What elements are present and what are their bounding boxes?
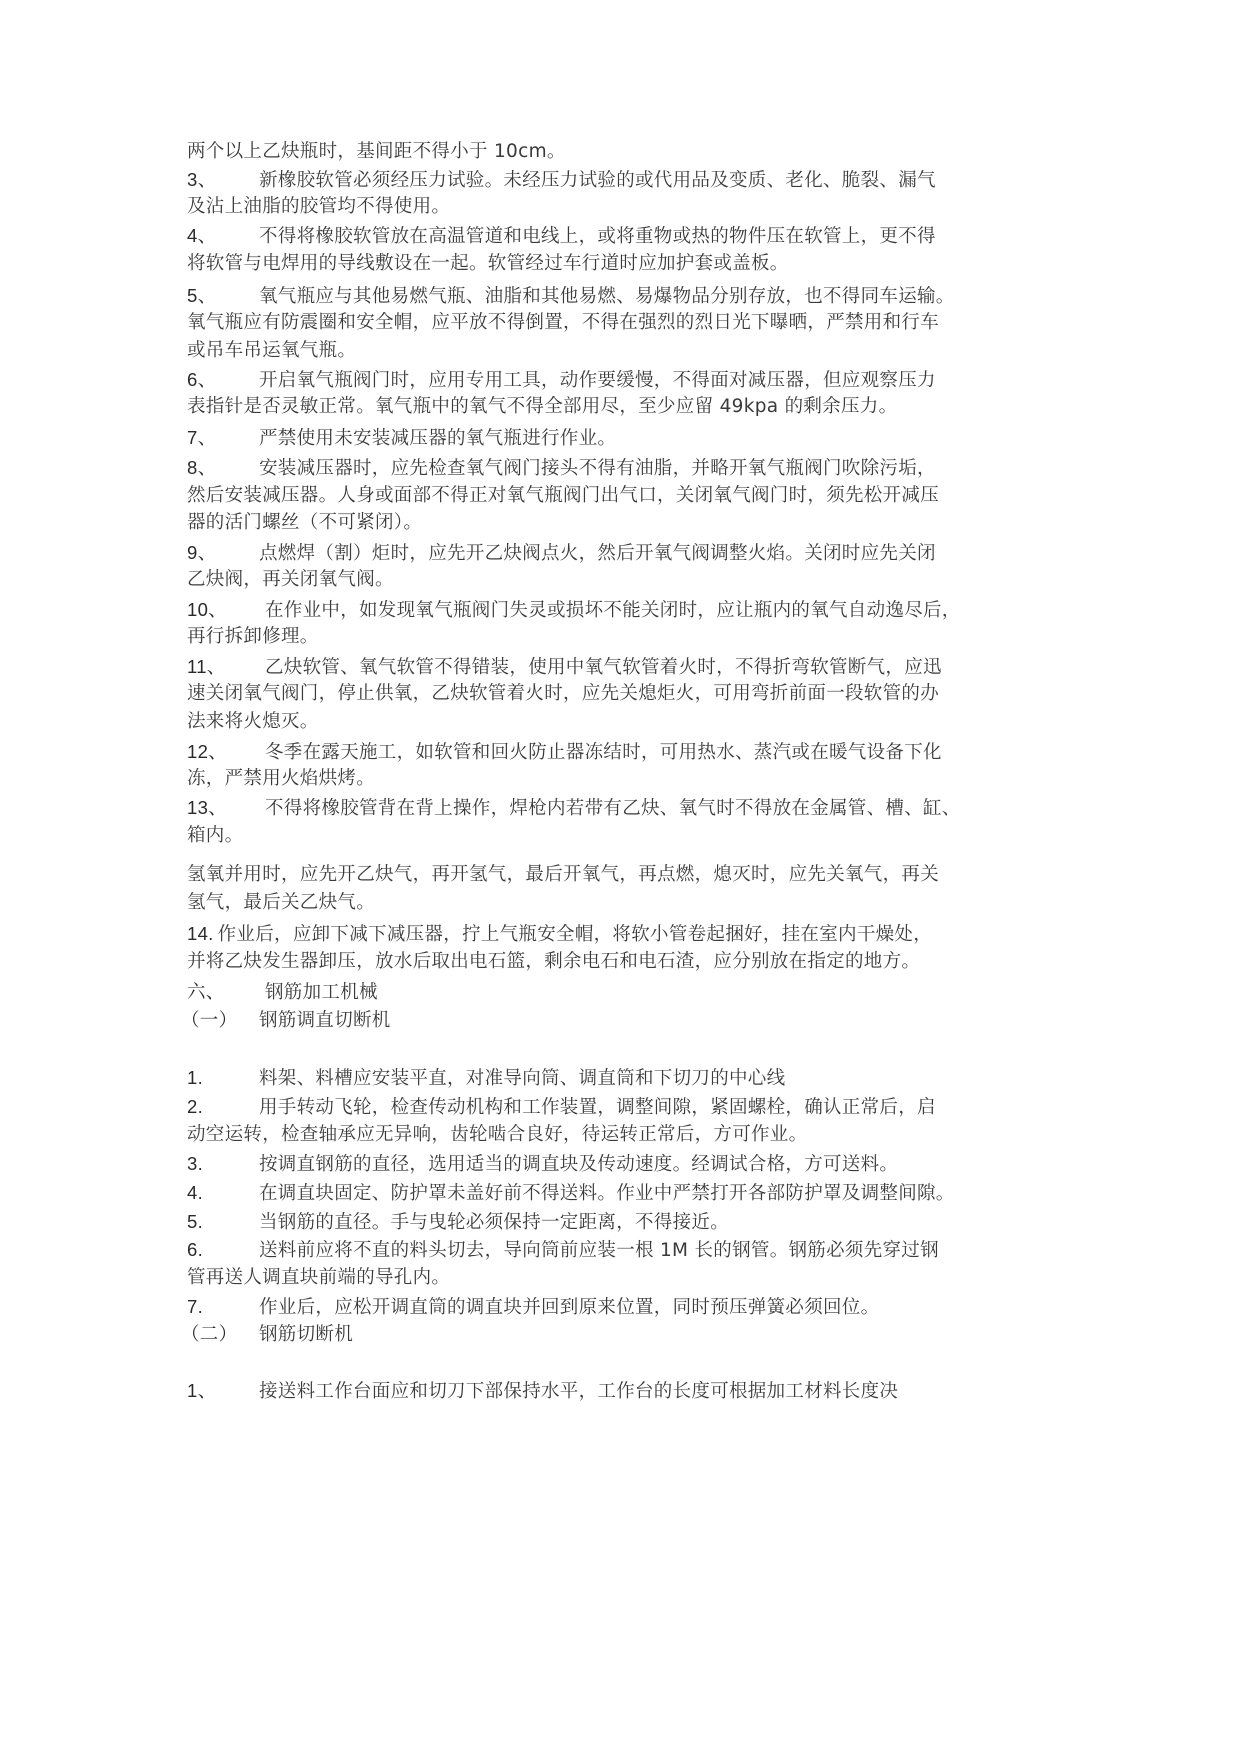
item-number: 10、 xyxy=(187,598,265,622)
item-number: 7. xyxy=(187,1295,259,1319)
line-text: 氧气瓶应有防震圈和安全帽，应平放不得倒置，不得在强烈的烈日光下曝晒，严禁用和行车 xyxy=(187,312,939,333)
item-number: 14. xyxy=(187,922,214,946)
text-line: 然后安装减压器。人身或面部不得正对氧气瓶阀门出气口，关闭氧气阀门时，须先松开减压 xyxy=(187,484,939,508)
text-line: 速关闭氧气阀门，停止供氧，乙炔软管着火时，应先关熄炬火，可用弯折前面一段软管的办 xyxy=(187,682,939,706)
item-number: （二） xyxy=(181,1322,259,1346)
text-line: 5、氧气瓶应与其他易燃气瓶、油脂和其他易燃、易爆物品分别存放，也不得同车运输。 xyxy=(187,284,955,309)
line-text: 钢筋调直切断机 xyxy=(259,1010,391,1031)
item-number: 5、 xyxy=(187,284,259,308)
item-number: 3、 xyxy=(187,168,259,192)
item-number: （一） xyxy=(181,1008,259,1032)
item-number: 9、 xyxy=(187,541,259,565)
text-line: 7、严禁使用未安装减压器的氧气瓶进行作业。 xyxy=(187,426,616,451)
text-line: 氧气瓶应有防震圈和安全帽，应平放不得倒置，不得在强烈的烈日光下曝晒，严禁用和行车 xyxy=(187,311,939,335)
line-text: 钢筋切断机 xyxy=(259,1324,353,1345)
item-number: 8、 xyxy=(187,456,259,480)
item-number: 4、 xyxy=(187,224,259,248)
line-text: 再行拆卸修理。 xyxy=(187,626,319,647)
line-text: 及沾上油脂的胶管均不得使用。 xyxy=(187,196,450,217)
item-number: 4. xyxy=(187,1181,259,1205)
item-number: 6、 xyxy=(187,368,259,392)
line-text: 管再送人调直块前端的导孔内。 xyxy=(187,1267,450,1288)
line-text: 将软管与电焊用的导线敷设在一起。软管经过车行道时应加护套或盖板。 xyxy=(187,253,789,274)
item-number: 5. xyxy=(187,1210,259,1234)
line-text: 开启氧气瓶阀门时，应用专用工具，动作要缓慢，不得面对减压器，但应观察压力 xyxy=(259,370,936,391)
line-text: 然后安装减压器。人身或面部不得正对氧气瓶阀门出气口，关闭氧气阀门时，须先松开减压 xyxy=(187,485,939,506)
document-page: 两个以上乙炔瓶时，基间距不得小于 10cm。3、新橡胶软管必须经压力试验。未经压… xyxy=(0,0,1241,1754)
line-text: 氢气，最后关乙炔气。 xyxy=(187,892,375,913)
line-text: 接送料工作台面应和切刀下部保持水平，工作台的长度可根据加工材料长度决 xyxy=(259,1381,898,1402)
item-number: 1. xyxy=(187,1066,259,1090)
line-text: 两个以上乙炔瓶时，基间距不得小于 10cm。 xyxy=(187,141,566,162)
text-line: 1、接送料工作台面应和切刀下部保持水平，工作台的长度可根据加工材料长度决 xyxy=(187,1379,898,1404)
line-text: 在作业中，如发现氧气瓶阀门失灵或损坏不能关闭时，应让瓶内的氧气自动逸尽后， xyxy=(265,600,961,621)
text-line: 冻，严禁用火焰烘烤。 xyxy=(187,767,375,791)
line-text: 氧气瓶应与其他易燃气瓶、油脂和其他易燃、易爆物品分别存放，也不得同车运输。 xyxy=(259,286,955,307)
line-text: 乙炔阀，再关闭氧气阀。 xyxy=(187,569,394,590)
text-line: 器的活门螺丝（不可紧闭）。 xyxy=(187,511,422,535)
line-text: 用手转动飞轮，检查传动机构和工作装置，调整间隙，紧固螺栓，确认正常后，启 xyxy=(259,1097,936,1118)
text-line: （二）钢筋切断机 xyxy=(181,1322,353,1347)
text-line: 箱内。 xyxy=(187,824,243,848)
text-line: 3.按调直钢筋的直径，选用适当的调直块及传动速度。经调试合格，方可送料。 xyxy=(187,1152,898,1177)
text-line: 法来将火熄灭。 xyxy=(187,710,319,734)
text-line: 将软管与电焊用的导线敷设在一起。软管经过车行道时应加护套或盖板。 xyxy=(187,252,789,276)
text-line: 5.当钢筋的直径。手与曳轮必须保持一定距离，不得接近。 xyxy=(187,1210,729,1235)
text-line: 3、新橡胶软管必须经压力试验。未经压力试验的或代用品及变质、老化、脆裂、漏气 xyxy=(187,168,936,193)
text-line: 两个以上乙炔瓶时，基间距不得小于 10cm。 xyxy=(187,140,566,164)
text-line: 6.送料前应将不直的料头切去，导向筒前应装一根 1M 长的钢管。钢筋必须先穿过钢 xyxy=(187,1238,939,1263)
line-text: 速关闭氧气阀门，停止供氧，乙炔软管着火时，应先关熄炬火，可用弯折前面一段软管的办 xyxy=(187,683,939,704)
text-line: 1.料架、料槽应安装平直，对准导向筒、调直筒和下切刀的中心线 xyxy=(187,1066,785,1091)
text-line: 11、乙炔软管、氧气软管不得错装，使用中氧气软管着火时，不得折弯软管断气，应迅 xyxy=(187,655,942,680)
text-line: 动空运转，检查轴承应无异响，齿轮啮合良好，待运转正常后，方可作业。 xyxy=(187,1123,807,1147)
text-line: 2.用手转动飞轮，检查传动机构和工作装置，调整间隙，紧固螺栓，确认正常后，启 xyxy=(187,1095,936,1120)
line-text: 冬季在露天施工，如软管和回火防止器冻结时，可用热水、蒸汽或在暖气设备下化 xyxy=(265,742,942,763)
text-line: 再行拆卸修理。 xyxy=(187,625,319,649)
line-text: 送料前应将不直的料头切去，导向筒前应装一根 1M 长的钢管。钢筋必须先穿过钢 xyxy=(259,1240,939,1261)
line-text: 不得将橡胶软管放在高温管道和电线上，或将重物或热的物件压在软管上，更不得 xyxy=(259,226,936,247)
text-line: 12、冬季在露天施工，如软管和回火防止器冻结时，可用热水、蒸汽或在暖气设备下化 xyxy=(187,740,942,765)
line-text: 动空运转，检查轴承应无异响，齿轮啮合良好，待运转正常后，方可作业。 xyxy=(187,1124,807,1145)
text-line: 4.在调直块固定、防护罩未盖好前不得送料。作业中严禁打开各部防护罩及调整间隙。 xyxy=(187,1181,955,1206)
line-text: 器的活门螺丝（不可紧闭）。 xyxy=(187,512,422,533)
line-text: 作业后，应松开调直筒的调直块并回到原来位置，同时预压弹簧必须回位。 xyxy=(259,1297,879,1318)
text-line: 13、不得将橡胶管背在背上操作，焊枪内若带有乙炔、氧气时不得放在金属管、槽、缸、 xyxy=(187,796,961,821)
item-number: 11、 xyxy=(187,655,265,679)
line-text: 不得将橡胶管背在背上操作，焊枪内若带有乙炔、氧气时不得放在金属管、槽、缸、 xyxy=(265,798,961,819)
line-text: 乙炔软管、氧气软管不得错装，使用中氧气软管着火时，不得折弯软管断气，应迅 xyxy=(265,657,942,678)
text-line: 乙炔阀，再关闭氧气阀。 xyxy=(187,568,394,592)
line-text: 料架、料槽应安装平直，对准导向筒、调直筒和下切刀的中心线 xyxy=(259,1068,785,1089)
text-line: 10、在作业中，如发现氧气瓶阀门失灵或损坏不能关闭时，应让瓶内的氧气自动逸尽后， xyxy=(187,598,961,623)
text-line: 9、点燃焊（割）炬时，应先开乙炔阀点火，然后开氧气阀调整火焰。关闭时应先关闭 xyxy=(187,541,936,566)
line-text: 并将乙炔发生器卸压，放水后取出电石篮，剩余电石和电石渣，应分别放在指定的地方。 xyxy=(187,951,920,972)
line-text: 在调直块固定、防护罩未盖好前不得送料。作业中严禁打开各部防护罩及调整间隙。 xyxy=(259,1183,955,1204)
line-text: 冻，严禁用火焰烘烤。 xyxy=(187,768,375,789)
line-text: 按调直钢筋的直径，选用适当的调直块及传动速度。经调试合格，方可送料。 xyxy=(259,1154,898,1175)
text-line: 并将乙炔发生器卸压，放水后取出电石篮，剩余电石和电石渣，应分别放在指定的地方。 xyxy=(187,950,920,974)
item-number: 12、 xyxy=(187,740,265,764)
item-number: 3. xyxy=(187,1152,259,1176)
line-text: 作业后，应卸下减下减压器，拧上气瓶安全帽，将软小管卷起捆好，挂在室内干燥处， xyxy=(218,924,932,945)
line-text: 或吊车吊运氧气瓶。 xyxy=(187,340,356,361)
line-text: 严禁使用未安装减压器的氧气瓶进行作业。 xyxy=(259,428,616,449)
text-line: （一）钢筋调直切断机 xyxy=(181,1008,391,1033)
line-text: 安装减压器时，应先检查氧气阀门接头不得有油脂，并略开氧气瓶阀门吹除污垢， xyxy=(259,458,936,479)
line-text: 表指针是否灵敏正常。氧气瓶中的氧气不得全部用尽，至少应留 49kpa 的剩余压力… xyxy=(187,396,897,417)
text-line: 或吊车吊运氧气瓶。 xyxy=(187,339,356,363)
line-text: 新橡胶软管必须经压力试验。未经压力试验的或代用品及变质、老化、脆裂、漏气 xyxy=(259,170,936,191)
text-line: 氢气，最后关乙炔气。 xyxy=(187,891,375,915)
line-text: 法来将火熄灭。 xyxy=(187,711,319,732)
text-line: 管再送人调直块前端的导孔内。 xyxy=(187,1266,450,1290)
item-number: 7、 xyxy=(187,426,259,450)
line-text: 箱内。 xyxy=(187,825,243,846)
line-text: 氢氧并用时，应先开乙炔气，再开氢气，最后开氧气，再点燃，熄灭时，应先关氧气，再关 xyxy=(187,864,939,885)
text-line: 14.作业后，应卸下减下减压器，拧上气瓶安全帽，将软小管卷起捆好，挂在室内干燥处… xyxy=(187,922,932,947)
item-number: 6. xyxy=(187,1238,259,1262)
line-text: 点燃焊（割）炬时，应先开乙炔阀点火，然后开氧气阀调整火焰。关闭时应先关闭 xyxy=(259,543,936,564)
text-line: 表指针是否灵敏正常。氧气瓶中的氧气不得全部用尽，至少应留 49kpa 的剩余压力… xyxy=(187,395,897,419)
line-text: 当钢筋的直径。手与曳轮必须保持一定距离，不得接近。 xyxy=(259,1212,729,1233)
text-line: 7.作业后，应松开调直筒的调直块并回到原来位置，同时预压弹簧必须回位。 xyxy=(187,1295,879,1320)
text-line: 氢氧并用时，应先开乙炔气，再开氢气，最后开氧气，再点燃，熄灭时，应先关氧气，再关 xyxy=(187,863,939,887)
item-number: 六、 xyxy=(187,980,265,1004)
item-number: 13、 xyxy=(187,796,265,820)
text-line: 6、开启氧气瓶阀门时，应用专用工具，动作要缓慢，不得面对减压器，但应观察压力 xyxy=(187,368,936,393)
text-line: 及沾上油脂的胶管均不得使用。 xyxy=(187,195,450,219)
item-number: 1、 xyxy=(187,1379,259,1403)
item-number: 2. xyxy=(187,1095,259,1119)
text-line: 六、钢筋加工机械 xyxy=(187,980,378,1005)
line-text: 钢筋加工机械 xyxy=(265,982,378,1003)
text-line: 8、安装减压器时，应先检查氧气阀门接头不得有油脂，并略开氧气瓶阀门吹除污垢， xyxy=(187,456,936,481)
text-line: 4、不得将橡胶软管放在高温管道和电线上，或将重物或热的物件压在软管上，更不得 xyxy=(187,224,936,249)
